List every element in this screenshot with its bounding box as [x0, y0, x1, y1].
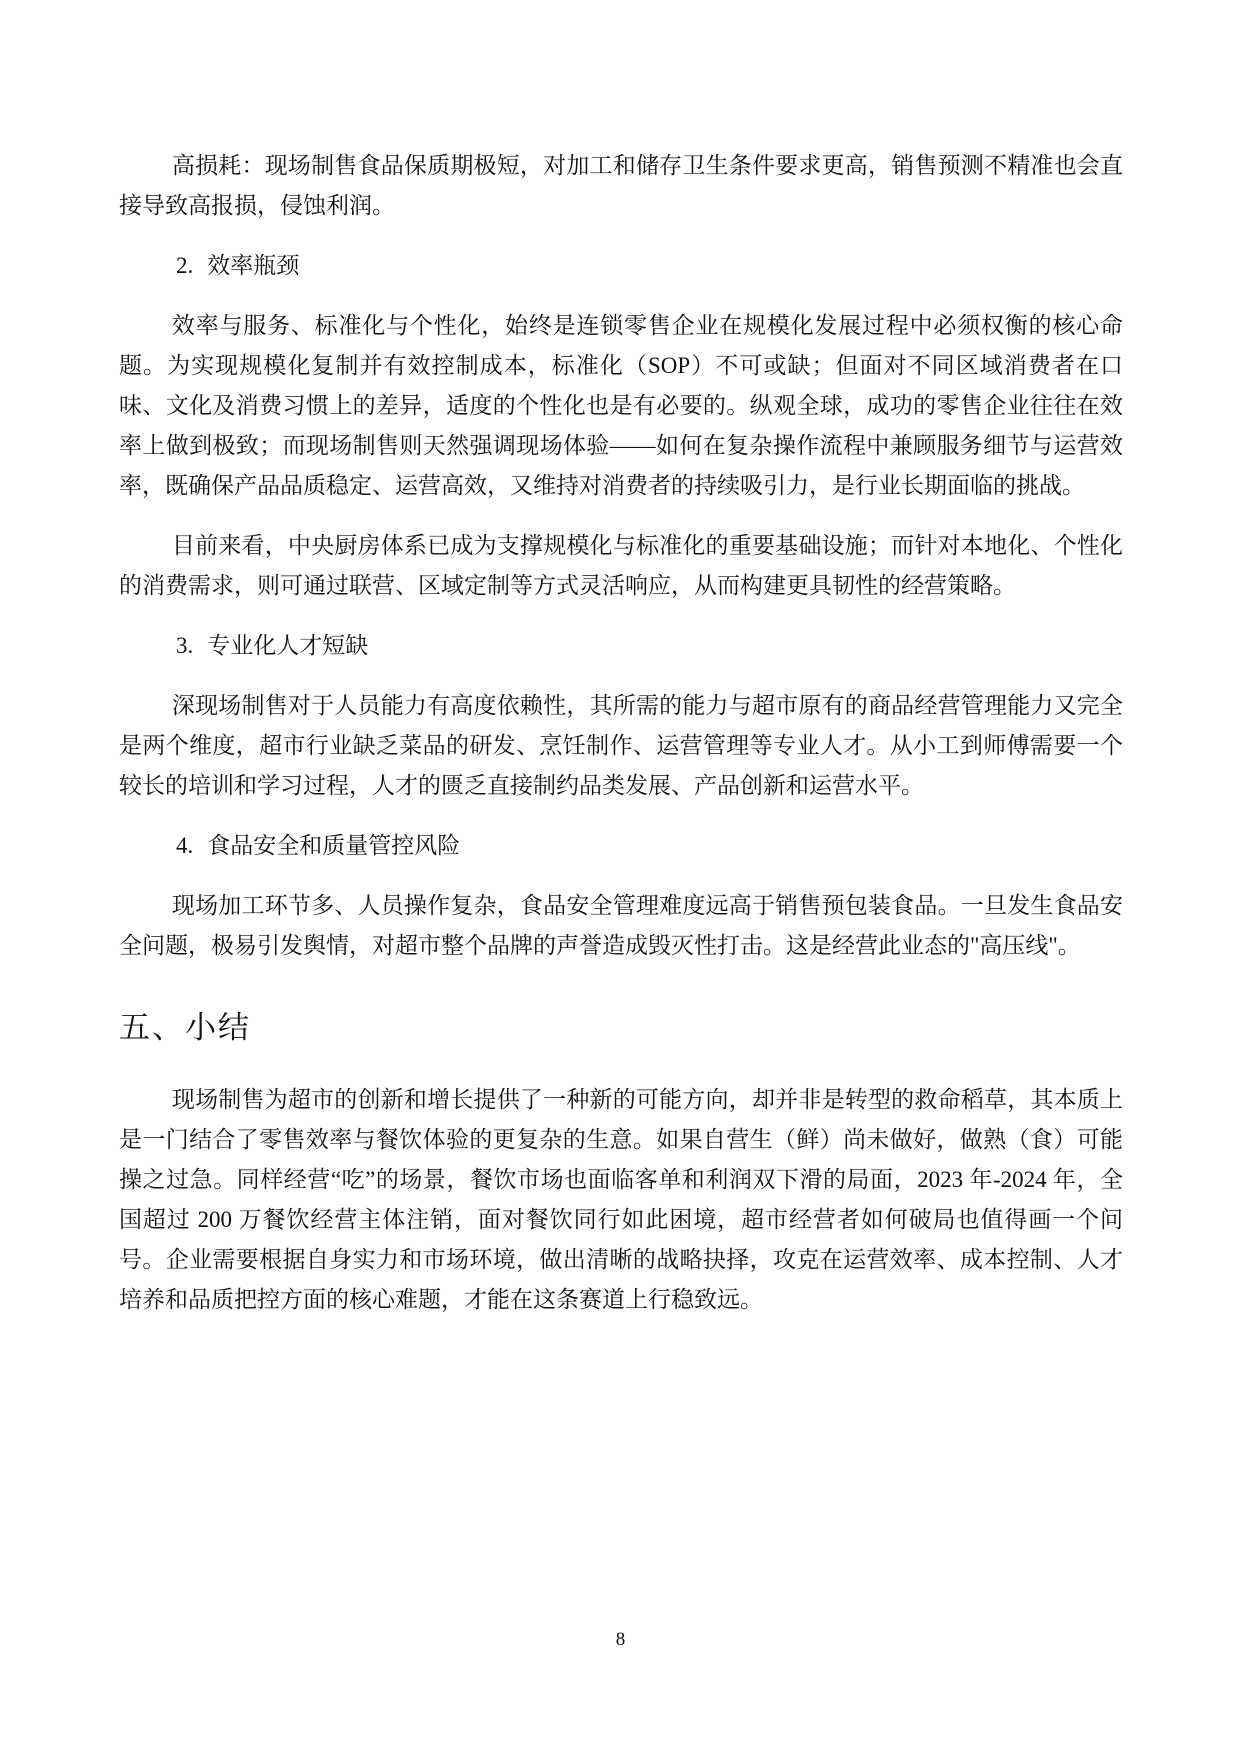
subheading-efficiency-bottleneck: 2.效率瓶颈	[119, 246, 1123, 286]
paragraph-efficiency-vs-service: 效率与服务、标准化与个性化，始终是连锁零售企业在规模化发展过程中必须权衡的核心命…	[119, 306, 1123, 506]
subheading-label: 效率瓶颈	[207, 253, 299, 278]
document-page: 高损耗：现场制售食品保质期极短，对加工和储存卫生条件要求更高，销售预测不精准也会…	[0, 0, 1241, 1754]
page-number: 8	[0, 1628, 1241, 1652]
subheading-number: 4.	[176, 833, 207, 858]
paragraph-summary: 现场制售为超市的创新和增长提供了一种新的可能方向，却并非是转型的救命稻草，其本质…	[119, 1080, 1123, 1320]
paragraph-high-loss: 高损耗：现场制售食品保质期极短，对加工和储存卫生条件要求更高，销售预测不精准也会…	[119, 146, 1123, 226]
subheading-number: 2.	[176, 253, 207, 278]
subheading-label: 食品安全和质量管控风险	[207, 833, 460, 858]
subheading-food-safety-risk: 4.食品安全和质量管控风险	[119, 826, 1123, 866]
subheading-label: 专业化人才短缺	[207, 633, 368, 658]
paragraph-central-kitchen: 目前来看，中央厨房体系已成为支撑规模化与标准化的重要基础设施；而针对本地化、个性…	[119, 526, 1123, 606]
paragraph-food-safety-management: 现场加工环节多、人员操作复杂，食品安全管理难度远高于销售预包装食品。一旦发生食品…	[119, 886, 1123, 966]
subheading-talent-shortage: 3.专业化人才短缺	[119, 626, 1123, 666]
section-heading-summary: 五、小结	[119, 1006, 1123, 1050]
document-content: 高损耗：现场制售食品保质期极短，对加工和储存卫生条件要求更高，销售预测不精准也会…	[119, 146, 1123, 1340]
subheading-number: 3.	[176, 633, 207, 658]
paragraph-personnel-dependency: 深现场制售对于人员能力有高度依赖性，其所需的能力与超市原有的商品经营管理能力又完…	[119, 686, 1123, 806]
